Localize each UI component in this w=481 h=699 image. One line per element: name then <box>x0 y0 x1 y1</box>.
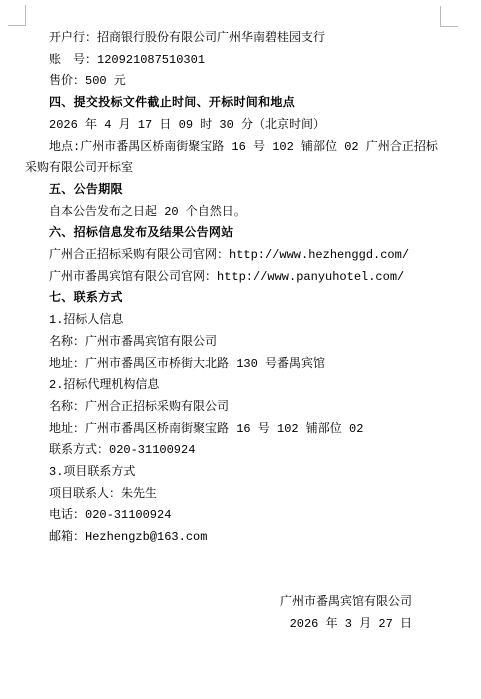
paragraph: 3.项目联系方式 <box>25 462 440 484</box>
paragraph: 开户行：招商银行股份有限公司广州华南碧桂园支行 <box>25 28 440 50</box>
paragraph: 广州市番禺宾馆有限公司官网：http://www.panyuhotel.com/ <box>25 267 440 289</box>
document-body: 开户行：招商银行股份有限公司广州华南碧桂园支行账 号：1209210875103… <box>25 28 440 635</box>
paragraph: 地址：广州市番禺区市桥街大北路 130 号番禺宾馆 <box>25 354 440 376</box>
paragraph: 广州合正招标采购有限公司官网：http://www.hezhenggd.com/ <box>25 245 440 267</box>
paragraph: 名称：广州市番禺宾馆有限公司 <box>25 332 440 354</box>
document-page: 开户行：招商银行股份有限公司广州华南碧桂园支行账 号：1209210875103… <box>0 0 481 699</box>
section-heading: 四、提交投标文件截止时间、开标时间和地点 <box>25 93 440 115</box>
paragraph: 售价：500 元 <box>25 71 440 93</box>
paragraph: 1.招标人信息 <box>25 310 440 332</box>
paragraph: 地点:广州市番禺区桥南街聚宝路 16 号 102 铺部位 02 广州合正招标采购… <box>25 137 440 180</box>
paragraph: 名称：广州合正招标采购有限公司 <box>25 397 440 419</box>
text-boundary-mark-top-left <box>8 5 26 26</box>
paragraph: 2026 年 4 月 17 日 09 时 30 分（北京时间） <box>25 115 440 137</box>
signature-date: 2026 年 3 月 27 日 <box>25 614 440 636</box>
paragraph: 自本公告发布之日起 20 个自然日。 <box>25 202 440 224</box>
paragraph: 电话：020-31100924 <box>25 505 440 527</box>
text-boundary-mark-top-right <box>440 6 458 27</box>
section-heading: 五、公告期限 <box>25 180 440 202</box>
signature-company: 广州市番禺宾馆有限公司 <box>25 592 440 614</box>
signature-block: 广州市番禺宾馆有限公司2026 年 3 月 27 日 <box>25 592 440 635</box>
paragraph: 联系方式：020-31100924 <box>25 440 440 462</box>
paragraph: 2.招标代理机构信息 <box>25 375 440 397</box>
paragraph: 邮箱：Hezhengzb@163.com <box>25 527 440 549</box>
paragraph: 账 号：120921087510301 <box>25 50 440 72</box>
section-heading: 六、招标信息发布及结果公告网站 <box>25 223 440 245</box>
paragraph: 项目联系人：朱先生 <box>25 484 440 506</box>
paragraph: 地址：广州市番禺区桥南街聚宝路 16 号 102 铺部位 02 <box>25 419 440 441</box>
section-heading: 七、联系方式 <box>25 288 440 310</box>
